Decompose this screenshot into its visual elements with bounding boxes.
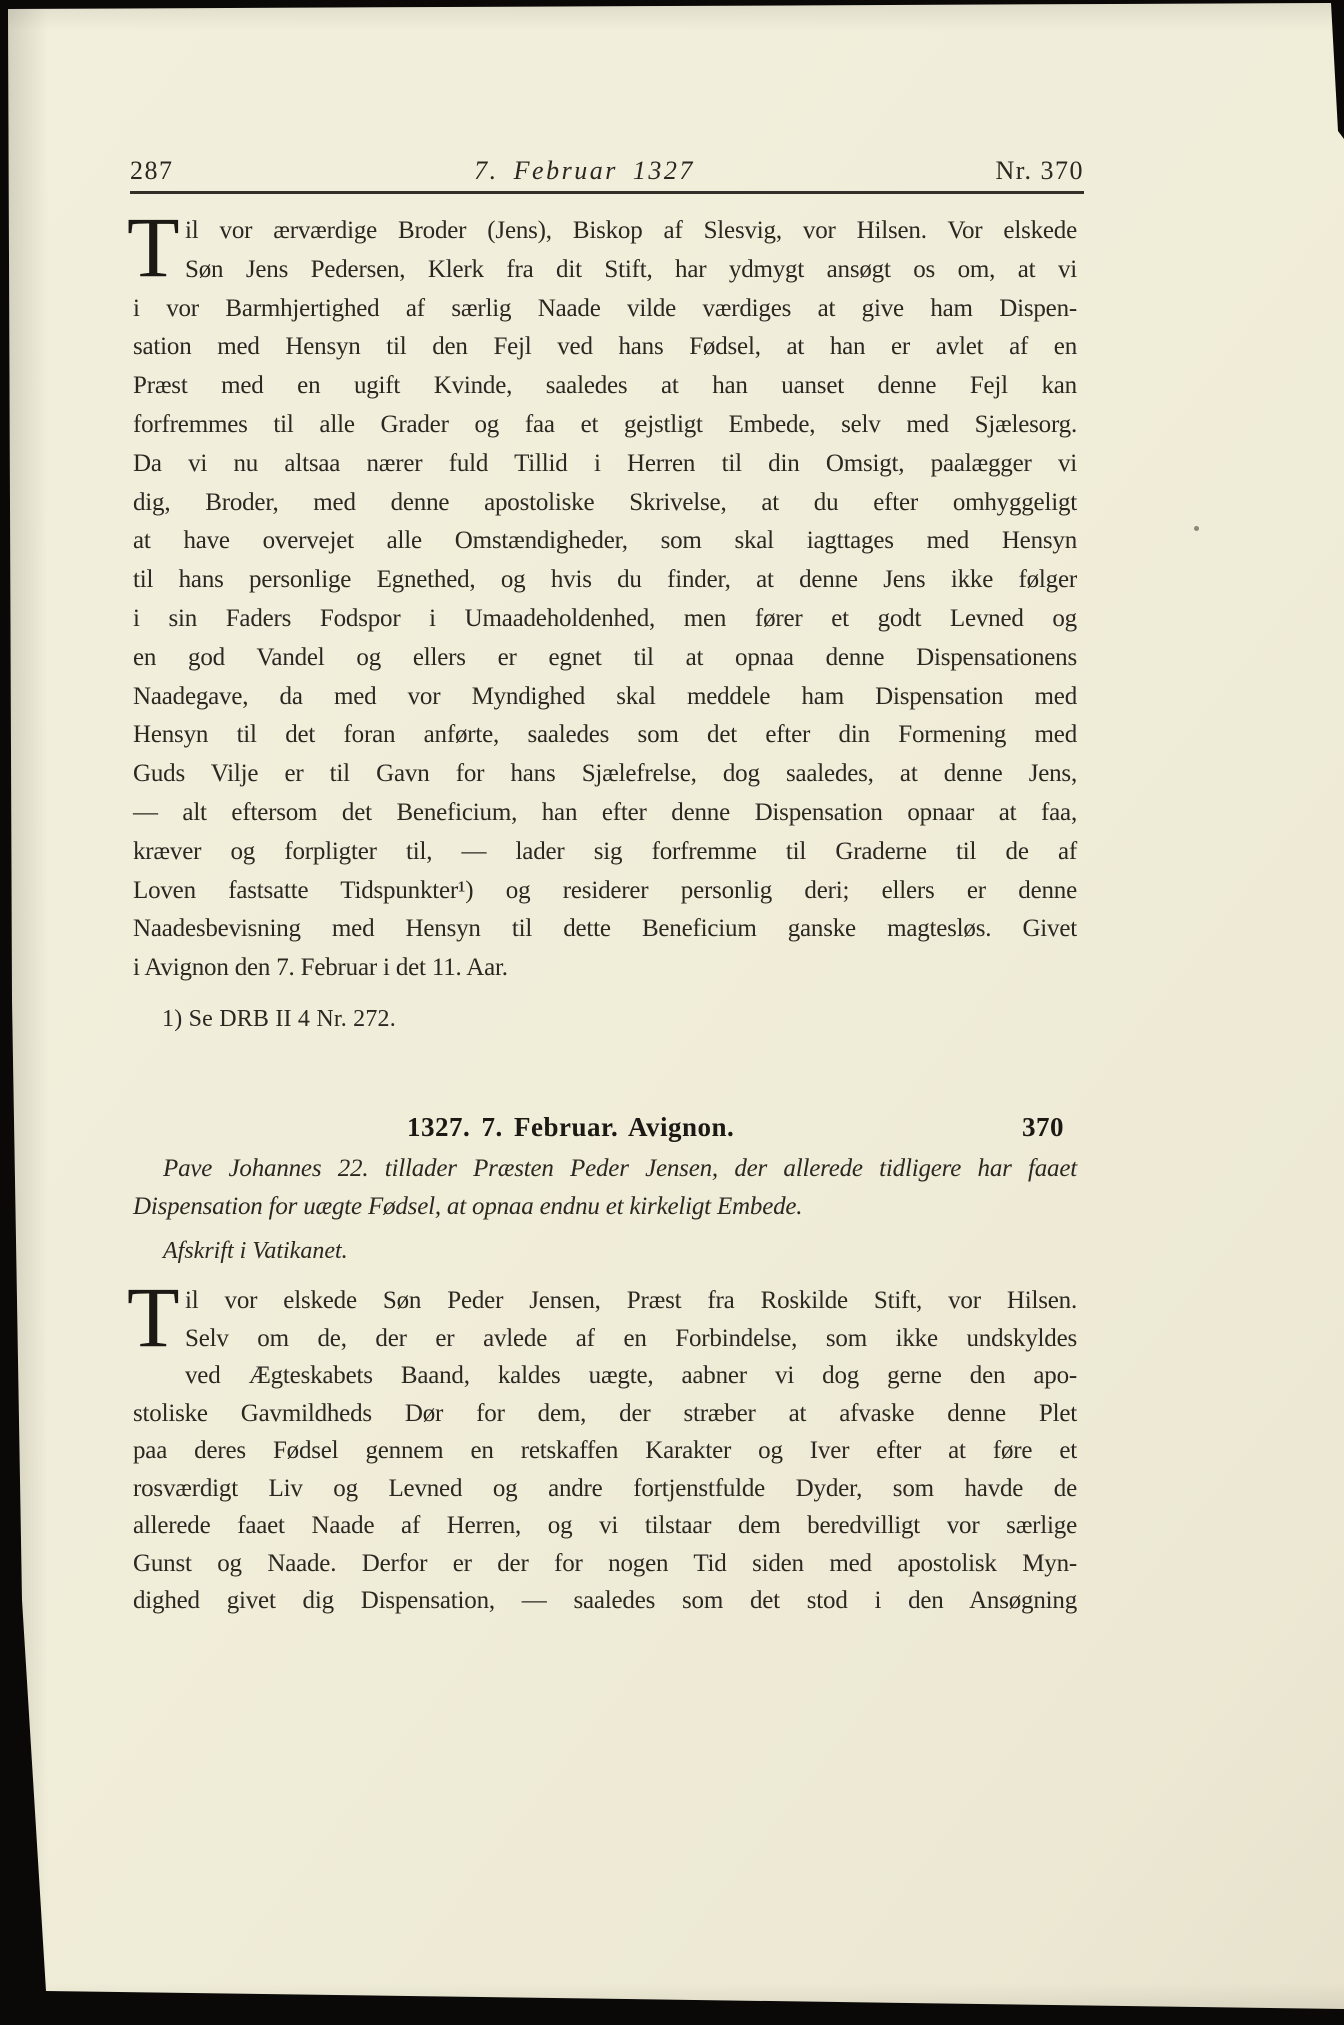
text-line: — alt eftersom det Beneficium, han efter… [133, 794, 1077, 833]
text-line: allerede faaet Naade af Herren, og vi ti… [133, 1507, 1077, 1545]
text-line: dighed givet dig Dispensation, — saalede… [133, 1582, 1077, 1620]
drop-cap-initial: T [127, 1286, 177, 1358]
text-line: stoliske Gavmildheds Dør for dem, der st… [133, 1395, 1077, 1433]
page-number: 287 [130, 156, 174, 186]
text-line: en god Vandel og ellers er egnet til at … [133, 639, 1077, 678]
text-line: Naadesbevisning med Hensyn til dette Ben… [133, 910, 1077, 949]
text-line: Guds Vilje er til Gavn for hans Sjælefre… [133, 755, 1077, 794]
scanned-book-page: { "colors":{ "bg":"#0a0908", "paper":"#f… [0, 0, 1344, 2025]
text-line: sation med Hensyn til den Fejl ved hans … [133, 328, 1077, 367]
footnote: 1) Se DRB II 4 Nr. 272. [162, 1006, 396, 1033]
text-line: Naadegave, da med vor Myndighed skal med… [133, 678, 1077, 717]
header-rule [130, 191, 1084, 194]
text-line: il vor elskede Søn Peder Jensen, Præst f… [133, 1282, 1077, 1320]
entry-summary: Pave Johannes 22. tillader Præsten Peder… [133, 1150, 1077, 1226]
text-line: kræver og forpligter til, — lader sig fo… [133, 833, 1077, 872]
document-number-label: Nr. 370 [995, 156, 1084, 186]
text-line: Præst med en ugift Kvinde, saaledes at h… [133, 367, 1077, 406]
text-line: Pave Johannes 22. tillader Præsten Peder… [133, 1150, 1077, 1188]
text-line: rosværdigt Liv og Levned og andre fortje… [133, 1470, 1077, 1508]
text-line: til hans personlige Egnethed, og hvis du… [133, 561, 1077, 600]
text-line: Dispensation for uægte Fødsel, at opnaa … [133, 1188, 1077, 1226]
entry-heading-row: 1327. 7. Februar. Avignon. 370 [133, 1112, 1077, 1146]
text-line: i Avignon den 7. Februar i det 11. Aar. [133, 949, 1077, 988]
text-line: Da vi nu altsaa nærer fuld Tillid i Herr… [133, 445, 1077, 484]
text-line: forfremmes til alle Grader og faa et gej… [133, 406, 1077, 445]
text-line: ved Ægteskabets Baand, kaldes uægte, aab… [133, 1357, 1077, 1395]
text-line: Hensyn til det foran anførte, saaledes s… [133, 716, 1077, 755]
letter-paragraph-2: T il vor elskede Søn Peder Jensen, Præst… [133, 1282, 1077, 1620]
text-line: at have overvejet alle Omstændigheder, s… [133, 522, 1077, 561]
page-content: 287 7. Februar 1327 Nr. 370 T il vor ærv… [0, 0, 1344, 2025]
ink-speck [1194, 526, 1199, 531]
entry-heading: 1327. 7. Februar. Avignon. [407, 1112, 734, 1143]
source-note: Afskrift i Vatikanet. [163, 1238, 348, 1265]
drop-cap-initial: T [127, 216, 177, 288]
text-line: Loven fastsatte Tidspunkter¹) og resider… [133, 872, 1077, 911]
letter-paragraph-1: T il vor ærværdige Broder (Jens), Biskop… [133, 212, 1077, 988]
text-line: Gunst og Naade. Derfor er der for nogen … [133, 1545, 1077, 1583]
text-line: i vor Barmhjertighed af særlig Naade vil… [133, 290, 1077, 329]
text-line: i sin Faders Fodspor i Umaadeholdenhed, … [133, 600, 1077, 639]
entry-number: 370 [1022, 1112, 1064, 1143]
text-line: dig, Broder, med denne apostoliske Skriv… [133, 484, 1077, 523]
text-line: paa deres Fødsel gennem en retskaffen Ka… [133, 1432, 1077, 1470]
text-line: Selv om de, der er avlede af en Forbinde… [133, 1320, 1077, 1358]
running-head-date: 7. Februar 1327 [474, 156, 695, 186]
text-line: Søn Jens Pedersen, Klerk fra dit Stift, … [133, 251, 1077, 290]
running-head: 287 7. Februar 1327 Nr. 370 [130, 156, 1084, 188]
text-line: il vor ærværdige Broder (Jens), Biskop a… [133, 212, 1077, 251]
